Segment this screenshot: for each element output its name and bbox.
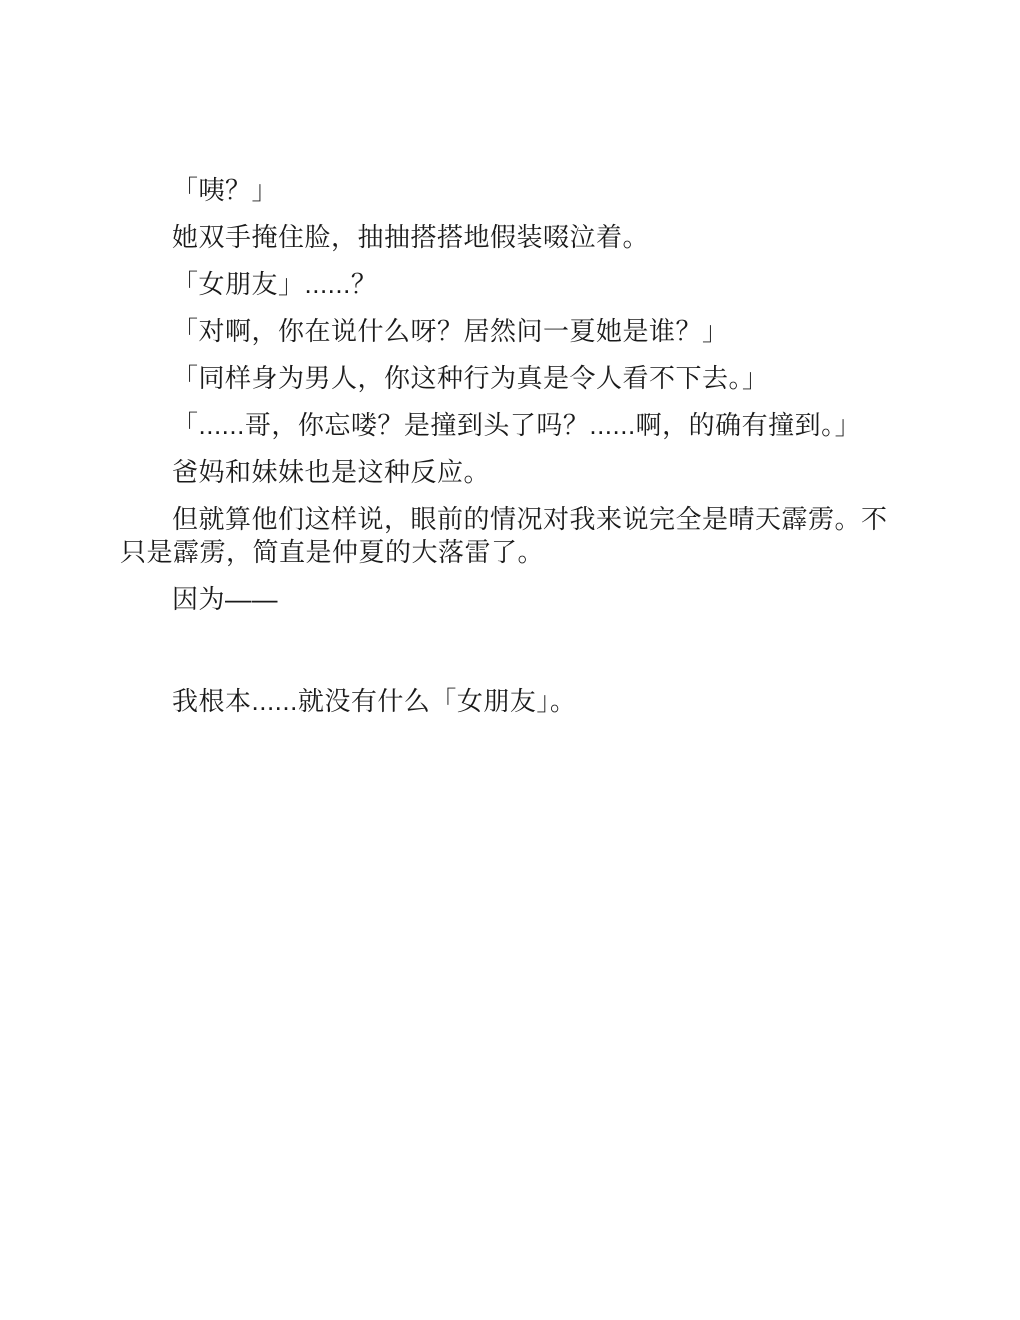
paragraph-dialogue: 「对啊，你在说什么呀？居然问一夏她是谁？」 (120, 315, 902, 348)
paragraph-narration: 「女朋友」......？ (120, 268, 902, 301)
paragraph-dialogue: 「同样身为男人，你这种行为真是令人看不下去。」 (120, 362, 902, 395)
paragraph-narration: 她双手掩住脸，抽抽搭搭地假装啜泣着。 (120, 221, 902, 254)
paragraph-narration: 但就算他们这样说，眼前的情况对我来说完全是晴天霹雳。不只是霹雳，简直是仲夏的大落… (120, 503, 902, 569)
paragraph-dialogue: 「......哥，你忘喽？是撞到头了吗？......啊，的确有撞到。」 (120, 409, 902, 442)
paragraph-narration: 因为—— (120, 583, 902, 616)
paragraph-dialogue: 「咦？」 (120, 174, 902, 207)
paragraph-narration-final: 我根本......就没有什么「女朋友」。 (120, 685, 902, 718)
paragraph-narration: 爸妈和妹妹也是这种反应。 (120, 456, 902, 489)
ebook-page: 「咦？」 她双手掩住脸，抽抽搭搭地假装啜泣着。 「女朋友」......？ 「对啊… (0, 0, 1020, 1320)
blank-line-gap (120, 630, 902, 685)
